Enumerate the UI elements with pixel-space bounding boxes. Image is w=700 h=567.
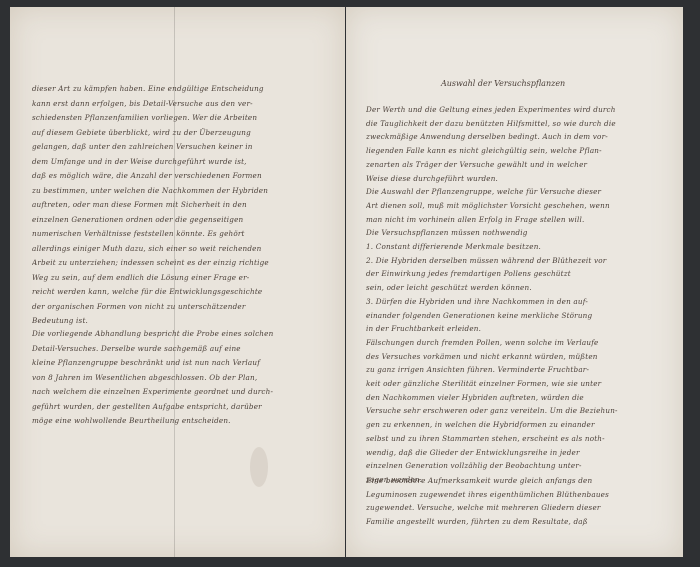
text-line: numerischen Verhältnisse feststellen kön… [32,227,269,242]
text-line: liegenden Falle kann es nicht gleichgült… [366,144,618,158]
text-line: auf diesem Gebiete überblickt, wird zu d… [32,126,269,141]
text-line: 1. Constant differierende Merkmale besit… [366,240,618,254]
text-line: dieser Art zu kämpfen haben. Eine endgül… [32,82,269,97]
text-line: möge eine wohlwollende Beurtheilung ents… [32,414,273,429]
manuscript-right-page: Auswahl der Versuchspflanzen Der Werth u… [346,7,683,557]
text-line: man nicht im vorhinein allen Erfolg in F… [366,213,618,227]
text-line: selbst und zu ihren Stammarten stehen, e… [366,432,618,446]
text-line: Weg zu sein, auf dem endlich die Lösung … [32,271,269,286]
text-line: auftreten, oder man diese Formen mit Sic… [32,198,269,213]
text-line: daß es möglich wäre, die Anzahl der vers… [32,169,269,184]
text-line: keit oder gänzliche Sterilität einzelner… [366,377,618,391]
text-line: einzelnen Generation vollzählig der Beob… [366,459,618,473]
text-line: die Tauglichkeit der dazu benützten Hilf… [366,117,618,131]
manuscript-left-page: dieser Art zu kämpfen haben. Eine endgül… [10,7,345,557]
text-line: der organischen Formen von nicht zu unte… [32,300,269,315]
text-line: Detail-Versuches. Derselbe wurde sachgem… [32,342,273,357]
paper-stain [250,447,268,487]
text-line: zugewendet. Versuche, welche mit mehrere… [366,501,609,515]
text-line: Der Werth und die Geltung eines jeden Ex… [366,103,618,117]
left-paragraph-2: Die vorliegende Abhandlung bespricht die… [32,327,273,429]
text-line: Die Auswahl der Pflanzengruppe, welche f… [366,185,618,199]
text-line: Leguminosen zugewendet ihres eigenthümli… [366,488,609,502]
text-line: nach welchem die einzelnen Experimente g… [32,385,273,400]
text-line: dem Umfange und in der Weise durchgeführ… [32,155,269,170]
text-line: den Nachkommen vieler Hybriden auftreten… [366,391,618,405]
text-line: wendig, daß die Glieder der Entwicklungs… [366,446,618,460]
text-line: Familie angestellt wurden, führten zu de… [366,515,609,529]
text-line: 3. Dürfen die Hybriden und ihre Nachkomm… [366,295,618,309]
text-line: gelangen, daß unter den zahlreichen Vers… [32,140,269,155]
text-line: kann erst dann erfolgen, bis Detail-Vers… [32,97,269,112]
text-line: reicht werden kann, welche für die Entwi… [32,285,269,300]
text-line: Die Versuchspflanzen müssen nothwendig [366,226,618,240]
text-line: sein, oder leicht geschützt werden könne… [366,281,618,295]
text-line: einzelnen Generationen ordnen oder die g… [32,213,269,228]
right-paragraph-2: Eine besondere Aufmerksamkeit wurde glei… [366,474,609,529]
text-line: 2. Die Hybriden derselben müssen während… [366,254,618,268]
text-line: zenarten als Träger der Versuche gewählt… [366,158,618,172]
text-line: Weise diese durchgeführt wurden. [366,172,618,186]
text-line: Art dienen soll, muß mit möglichster Vor… [366,199,618,213]
text-line: gen zu erkennen, in welchen die Hybridfo… [366,418,618,432]
section-title: Auswahl der Versuchspflanzen [441,79,565,88]
left-paragraph-1: dieser Art zu kämpfen haben. Eine endgül… [32,82,269,329]
text-line: einander folgenden Generationen keine me… [366,309,618,323]
text-line: der Einwirkung jedes fremdartigen Pollen… [366,267,618,281]
text-line: Arbeit zu unterziehen; indessen scheint … [32,256,269,271]
text-line: Fälschungen durch fremden Pollen, wenn s… [366,336,618,350]
text-line: geführt wurden, der gestellten Aufgabe e… [32,400,273,415]
text-line: zu bestimmen, unter welchen die Nachkomm… [32,184,269,199]
text-line: von 8 Jahren im Wesentlichen abgeschloss… [32,371,273,386]
text-line: zu ganz irrigen Ansichten führen. Vermin… [366,363,618,377]
text-line: Versuche sehr erschweren oder ganz verei… [366,404,618,418]
text-line: schiedensten Pflanzenfamilien vorliegen.… [32,111,269,126]
text-line: Eine besondere Aufmerksamkeit wurde glei… [366,474,609,488]
text-line: kleine Pflanzengruppe beschränkt und ist… [32,356,273,371]
text-line: allerdings einiger Muth dazu, sich einer… [32,242,269,257]
text-line: zweckmäßige Anwendung derselben bedingt.… [366,130,618,144]
right-paragraph-1: Der Werth und die Geltung eines jeden Ex… [366,103,618,487]
text-line: Die vorliegende Abhandlung bespricht die… [32,327,273,342]
text-line: in der Fruchtbarkeit erleiden. [366,322,618,336]
text-line: des Versuches vorkämen und nicht erkannt… [366,350,618,364]
